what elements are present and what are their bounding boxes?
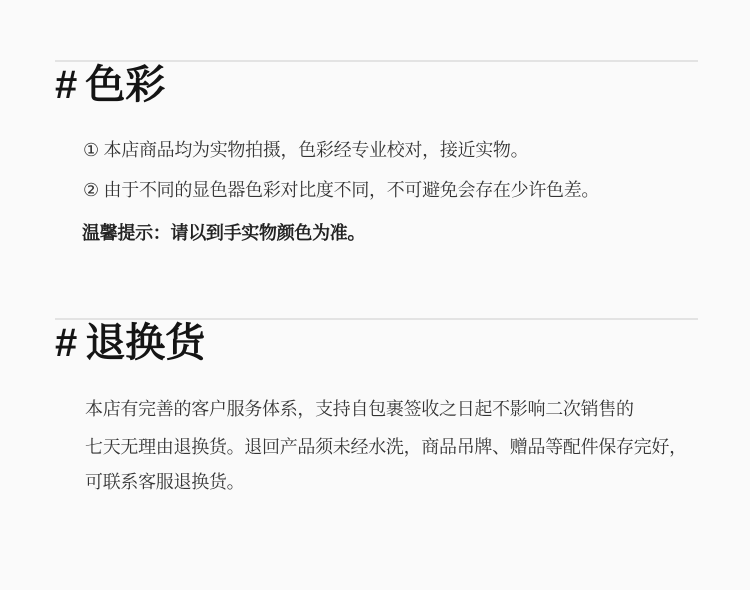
heading-hash-symbol: # — [55, 63, 77, 107]
notice-text: 温馨提示：请以到手实物颜色为准。 — [82, 220, 365, 246]
paragraph-line-color-1: ① 本店商品均为实物拍摄，色彩经专业校对，接近实物。 — [83, 137, 528, 163]
section-returns-heading: #退换货 — [55, 320, 205, 366]
heading-title-color: 色彩 — [85, 63, 165, 107]
paragraph-line-returns-3: 可联系客服退换货。 — [85, 469, 244, 495]
paragraph-line-returns-1: 本店有完善的客户服务体系，支持自包裹签收之日起不影响二次销售的 — [85, 396, 634, 422]
heading-title-returns: 退换货 — [85, 321, 205, 365]
heading-hash-symbol: # — [55, 321, 77, 365]
paragraph-line-returns-2: 七天无理由退换货。退回产品须未经水洗，商品吊牌、赠品等配件保存完好， — [85, 434, 687, 460]
section-color-heading: #色彩 — [55, 62, 165, 108]
product-detail-page: #色彩 ① 本店商品均为实物拍摄，色彩经专业校对，接近实物。 ② 由于不同的显色… — [0, 0, 750, 590]
paragraph-line-color-2: ② 由于不同的显色器色彩对比度不同，不可避免会存在少许色差。 — [83, 177, 599, 203]
